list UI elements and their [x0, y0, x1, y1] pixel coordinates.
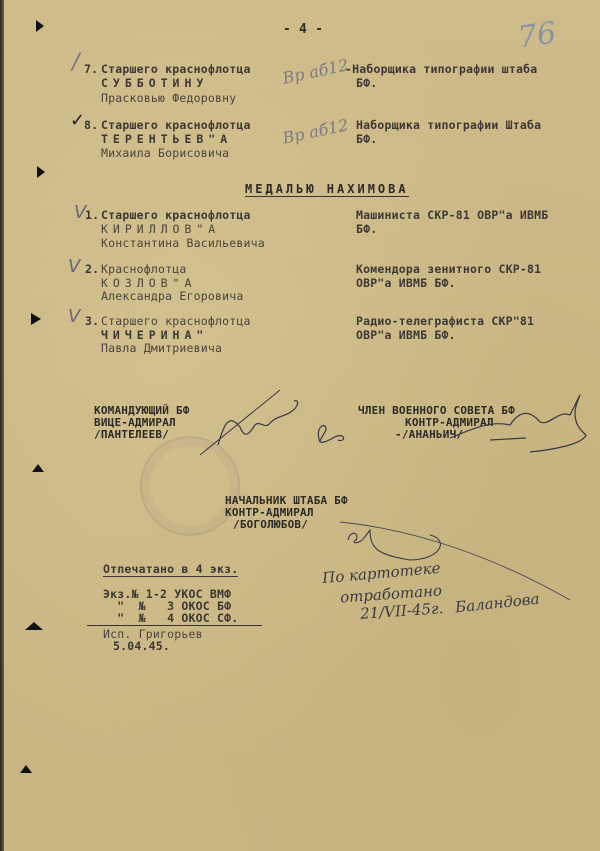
handwritten-signature — [430, 390, 590, 455]
binder-hole — [20, 765, 32, 773]
entry-rank: Старшего краснофлотца — [101, 208, 251, 222]
entry-position: -Наборщика типографии штаба — [345, 62, 537, 76]
entry-position: Наборщика типографии Штаба — [356, 118, 541, 132]
binder-hole — [36, 20, 44, 32]
check-mark: ✓ — [70, 110, 85, 131]
binder-hole — [37, 166, 45, 178]
entry-number: 1. — [85, 208, 99, 222]
handwritten-signature — [200, 385, 310, 460]
entry-surname: КИРИЛЛОВ"А — [101, 222, 220, 236]
entry-surname: СУББОТИНУ — [101, 76, 208, 90]
check-mark: / — [72, 50, 79, 75]
binder-hole — [25, 622, 43, 630]
check-mark: V — [68, 256, 80, 277]
entry-rank: Старшего краснофлотца — [101, 314, 251, 328]
document-page: - 4 - 76 / 7. Старшего краснофлотца СУББ… — [0, 0, 600, 851]
entry-given-names: Прасковью Федоровну — [101, 91, 236, 105]
entry-surname: ЧИЧЕРИНА" — [101, 328, 208, 342]
handwritten-initials — [312, 418, 352, 448]
handwritten-note: Вр аб12 — [281, 115, 350, 147]
entry-position-cont: ОВР"а ИВМБ БФ. — [356, 276, 456, 290]
entry-surname: КОЗЛОВ"А — [101, 276, 196, 290]
binder-hole — [31, 313, 41, 325]
entry-rank: Старшего краснофлотца — [101, 118, 251, 132]
entry-number: 7. — [84, 62, 98, 76]
entry-rank: Краснофлотца — [101, 262, 186, 276]
entry-position-cont: БФ. — [356, 222, 377, 236]
signatory-name: /ПАНТЕЛЕЕВ/ — [94, 428, 169, 441]
entry-given-names: Александра Егоровича — [101, 289, 243, 303]
handwritten-note: Вр аб12 — [281, 55, 350, 87]
entry-position: Радио-телеграфиста СКР"81 — [356, 314, 534, 328]
entry-number: 3. — [85, 314, 99, 328]
section-heading: МЕДАЛЬЮ НАХИМОВА — [245, 182, 409, 197]
page-number: - 4 - — [283, 22, 323, 37]
page-edge — [0, 0, 4, 851]
entry-number: 2. — [85, 262, 99, 276]
distribution-title: Отпечатано в 4 экз. — [103, 562, 238, 577]
entry-given-names: Михаила Борисовича — [101, 146, 229, 160]
entry-position: Машиниста СКР-81 ОВР"а ИВМБ — [356, 208, 548, 222]
archive-number: 76 — [516, 16, 559, 56]
entry-position-cont: БФ. — [356, 132, 377, 146]
divider-line — [87, 625, 262, 626]
entry-rank: Старшего краснофлотца — [101, 62, 251, 76]
entry-given-names: Павла Дмитриевича — [101, 341, 222, 355]
entry-number: 8. — [84, 118, 98, 132]
entry-surname: ТЕРЕНТЬЕВ"А — [101, 132, 232, 146]
distribution-line: " № 4 ОКОС СФ. — [103, 611, 238, 625]
entry-position-cont: ОВР"а ИВМБ БФ. — [356, 328, 456, 342]
signatory-name: /БОГОЛЮБОВ/ — [233, 518, 308, 531]
document-date: 5.04.45. — [113, 639, 170, 653]
check-mark: V — [68, 306, 80, 327]
entry-given-names: Константина Васильевича — [101, 236, 265, 250]
entry-position-cont: БФ. — [356, 76, 377, 90]
binder-hole — [32, 464, 44, 472]
entry-position: Комендора зенитного СКР-81 — [356, 262, 541, 276]
